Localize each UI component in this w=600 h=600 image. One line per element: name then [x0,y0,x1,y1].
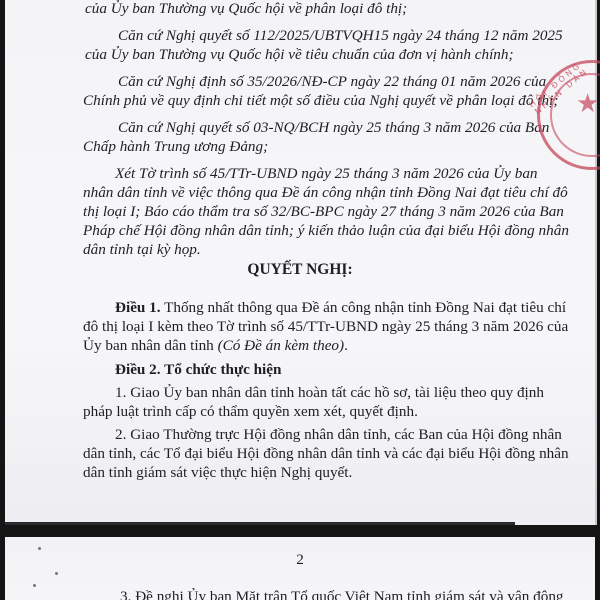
punctuation: . [344,337,348,354]
text-line: Xét Tờ trình số 45/TTr-UBND ngày 25 thán… [115,164,470,183]
page-divider [5,522,515,525]
text-line: Căn cứ Nghị quyết số 112/2025/UBTVQH15 n… [118,26,470,45]
text-line: Chấp hành Trung ương Đảng; [83,137,268,156]
article-2-item: pháp luật trình cấp có thẩm quyền xem xé… [83,402,418,421]
document-page-2: 2 3. Đề nghị Ủy ban Mặt trận Tổ quốc Việ… [5,537,595,600]
text-line: của Ủy ban Thường vụ Quốc hội về tiêu ch… [85,45,514,64]
article-1-line: đô thị loại I kèm theo Tờ trình số 45/TT… [83,317,470,336]
document-page-1: của Ủy ban Thường vụ Quốc hội về phân lo… [5,0,597,525]
star-icon: ★ [576,89,599,119]
article-2-heading: Điều 2. Tổ chức thực hiện [115,360,281,379]
article-2-item: 2. Giao Thường trực Hội đồng nhân dân tỉ… [115,425,470,444]
article-1-line: Ủy ban nhân dân tỉnh (Có Đề án kèm theo)… [83,336,348,355]
article-1-label: Điều 1. [115,299,161,316]
section-heading: QUYẾT NGHỊ: [5,260,595,279]
text-line: Căn cứ Nghị định số 35/2026/NĐ-CP ngày 2… [118,72,470,91]
attachment-note: (Có Đề án kèm theo) [218,337,345,354]
article-2-item: 1. Giao Ủy ban nhân dân tỉnh hoàn tất cá… [115,383,470,402]
page-number: 2 [5,550,595,569]
article-1-text: Ủy ban nhân dân tỉnh [83,337,218,354]
text-line: nhân dân tỉnh về việc thông qua Đề án cô… [83,183,470,202]
speck [33,584,36,587]
article-2-item: dân tỉnh giám sát việc thực hiện Nghị qu… [83,463,352,482]
article-1-text: Thống nhất thông qua Đề án công nhận tỉn… [161,299,566,316]
speck [55,572,58,575]
text-line: 3. Đề nghị Ủy ban Mặt trận Tổ quốc Việt … [120,587,564,600]
text-line: Căn cứ Nghị quyết số 03-NQ/BCH ngày 25 t… [118,118,470,137]
text-line: Pháp chế Hội đồng nhân dân tỉnh; ý kiến … [83,221,470,240]
text-line: của Ủy ban Thường vụ Quốc hội về phân lo… [85,0,407,18]
official-seal: HỘI ĐỒNG NHÂN DÂN ★ [537,60,600,170]
text-line: dân tỉnh tại kỳ họp. [83,240,201,259]
article-2-item: dân tỉnh, các Tổ đại biểu Hội đồng nhân … [83,444,470,463]
text-line: Chính phủ về quy định chi tiết một số đi… [83,91,558,110]
article-1-line: Điều 1. Thống nhất thông qua Đề án công … [115,298,470,317]
text-line: thị loại I; Báo cáo thẩm tra số 32/BC-BP… [83,202,470,221]
